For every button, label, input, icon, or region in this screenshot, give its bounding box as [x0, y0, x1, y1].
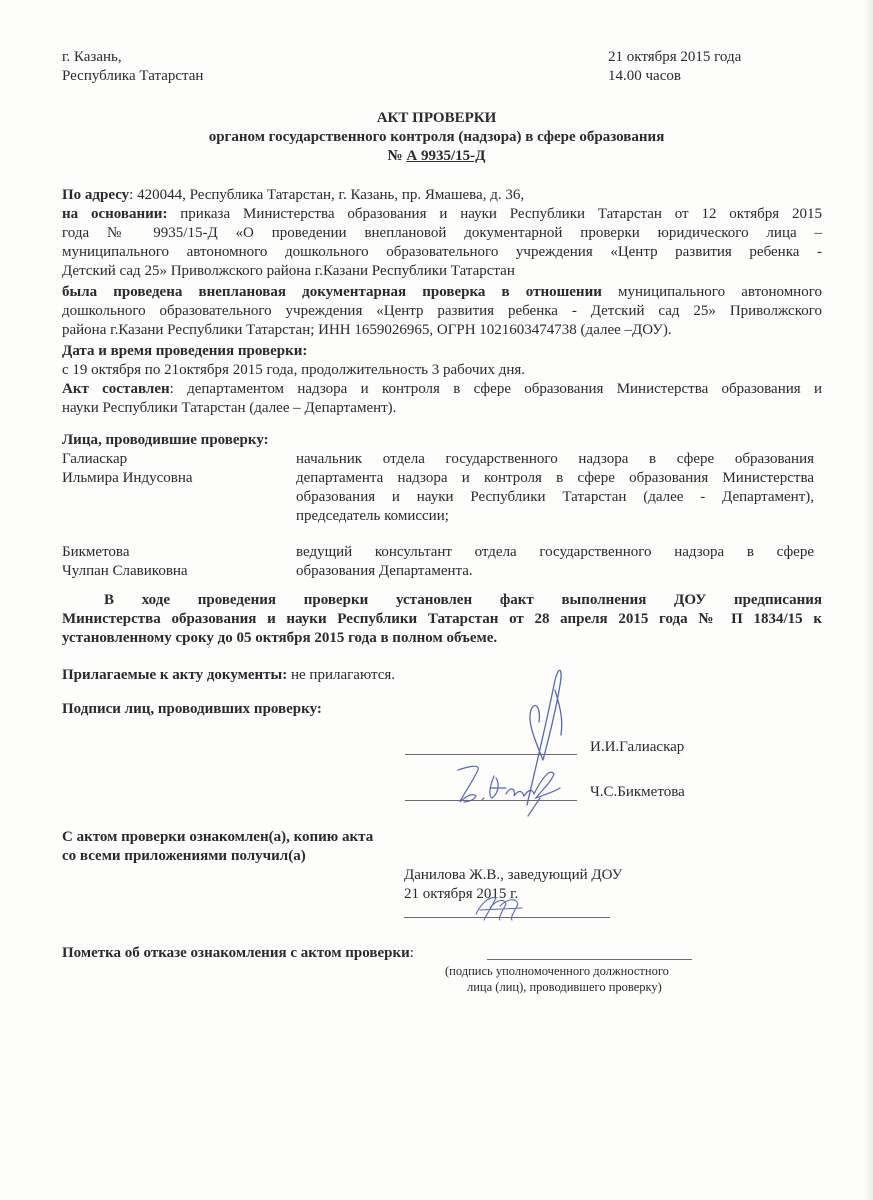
inspector-name: Ильмира Индусовна — [62, 469, 193, 488]
inspector-position-line: начальник отдела государственного надзор… — [296, 450, 814, 469]
scan-edge-shadow — [863, 0, 873, 1200]
document-title: АКТ ПРОВЕРКИ — [0, 109, 873, 128]
compiled-line-1: Акт составлен: департаментом надзора и к… — [62, 380, 822, 399]
inspector-position-line: председатель комиссии; — [296, 507, 449, 526]
inspection-line-3: района г.Казани Республики Татарстан; ИН… — [62, 321, 672, 340]
attachments-label: Прилагаемые к акту документы: — [62, 667, 287, 683]
basis-line-4: Детский сад 25» Приволжского района г.Ка… — [62, 262, 515, 281]
acknowledgement-label-line-1: С актом проверки ознакомлен(а), копию ак… — [62, 828, 373, 847]
header-region: Республика Татарстан — [62, 67, 203, 86]
refusal-label: Пометка об отказе ознакомления с актом п… — [62, 945, 410, 961]
refusal-signature-line — [487, 959, 692, 960]
datetime-value: с 19 октября по 21октября 2015 года, про… — [62, 361, 525, 380]
inspector-position-line: образования и науки Республики Татарстан… — [296, 488, 814, 507]
handwritten-signature-3 — [470, 890, 530, 924]
refusal-label-line: Пометка об отказе ознакомления с актом п… — [62, 944, 414, 963]
document-number: № А 9935/15-Д — [0, 147, 873, 166]
header-date: 21 октября 2015 года — [608, 48, 741, 67]
inspection-label: была проведена внеплановая документарная… — [62, 284, 602, 300]
inspector-name: Чулпан Славиковна — [62, 562, 188, 581]
inspector-surname: Галиаскар — [62, 450, 127, 469]
recipient-name: Данилова Ж.В., заведующий ДОУ — [404, 866, 622, 885]
acknowledgement-label-line-2: со всеми приложениями получил(а) — [62, 847, 306, 866]
header-city: г. Казань, — [62, 48, 122, 67]
refusal-caption-line-2: лица (лиц), проводившего проверку) — [467, 979, 662, 998]
inspector-position-line: образования Департамента. — [296, 562, 473, 581]
signer-1-name: И.И.Галиаскар — [590, 738, 684, 757]
number-prefix: № — [388, 148, 407, 164]
finding-line-1: В ходе проведения проверки установлен фа… — [104, 591, 822, 610]
compiled-line-2: науки Республики Татарстан (далее – Депа… — [62, 399, 396, 418]
inspection-line-1: была проведена внеплановая документарная… — [62, 283, 822, 302]
address-label: По адресу — [62, 187, 129, 203]
basis-line-2: года № 9935/15-Д «О проведении внепланов… — [62, 224, 822, 243]
finding-line-3: установленному сроку до 05 октября 2015 … — [62, 629, 497, 648]
address-value: : 420044, Республика Татарстан, г. Казан… — [129, 187, 524, 203]
inspector-position-line: ведущий консультант отдела государственн… — [296, 543, 814, 562]
header-time: 14.00 часов — [608, 67, 681, 86]
signatures-label: Подписи лиц, проводивших проверку: — [62, 700, 322, 719]
compiled-label: Акт составлен — [62, 381, 170, 397]
attachments-line: Прилагаемые к акту документы: не прилага… — [62, 666, 395, 685]
address-line: По адресу: 420044, Республика Татарстан,… — [62, 186, 524, 205]
handwritten-signature-2 — [450, 758, 570, 818]
inspection-line-2: дошкольного образовательного учреждения … — [62, 302, 822, 321]
basis-label: на основании: — [62, 206, 167, 222]
basis-line-1: на основании: приказа Министерства образ… — [62, 205, 822, 224]
inspector-position-line: департамента надзора и контроля в сфере … — [296, 469, 814, 488]
basis-line-3: муниципального автономного дошкольного о… — [62, 243, 822, 262]
finding-line-2: Министерства образования и науки Республ… — [62, 610, 822, 629]
attachments-value: не прилагаются. — [287, 667, 395, 683]
inspectors-label: Лица, проводившие проверку: — [62, 431, 269, 450]
inspector-surname: Бикметова — [62, 543, 129, 562]
signer-2-name: Ч.С.Бикметова — [590, 783, 685, 802]
datetime-label: Дата и время проведения проверки: — [62, 342, 307, 361]
number-value: А 9935/15-Д — [406, 148, 485, 164]
document-subtitle: органом государственного контроля (надзо… — [0, 128, 873, 147]
